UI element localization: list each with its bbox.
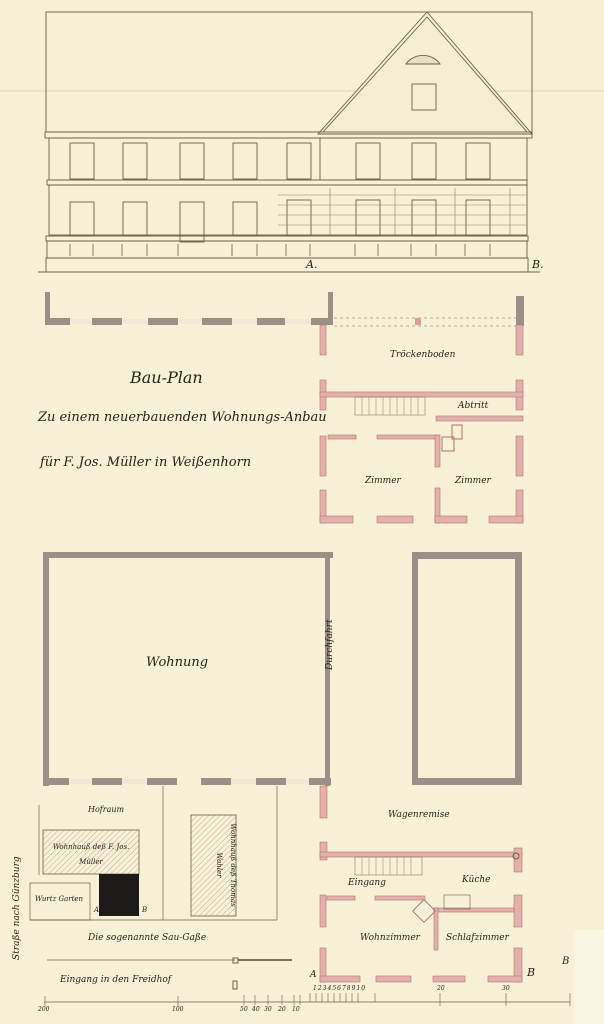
scale-tick-50: 50 (240, 1006, 248, 1013)
courtyard-label: Hofraum (88, 805, 124, 814)
lane-label: Die sogenannte Sau-Gaße (88, 933, 206, 943)
room-label-abtritt: Abtritt (458, 401, 488, 411)
scale-tick-20: 20 (278, 1006, 286, 1013)
room-label-wohnzimmer: Wohnzimmer (360, 933, 420, 943)
site-marker-a: A (94, 906, 99, 914)
room-label-zimmer-right: Zimmer (455, 476, 491, 486)
scale-tick-30: 30 (264, 1006, 272, 1013)
floor-plans (0, 0, 604, 1024)
scale-tick-10: 10 (292, 1006, 300, 1013)
main-building-label: Wohnung (146, 655, 208, 670)
ground-floor-marker-b: B (527, 966, 535, 979)
scale-tick-1-9: 12345678910 (313, 985, 366, 992)
passage-label: Durchfahrt (325, 619, 335, 670)
garden-label: Wurtz Garten (35, 895, 83, 903)
room-label-schlafzimmer: Schlafzimmer (446, 933, 509, 943)
owner-house-label: Wohnhauß deß F. Jos. Müller (46, 840, 136, 870)
room-label-kueche: Küche (462, 875, 491, 885)
ground-floor-marker-a: A (310, 970, 317, 980)
scale-tick-100: 100 (172, 1006, 183, 1013)
edge-marker-b: B (562, 956, 569, 967)
scale-tick-200: 200 (38, 1006, 49, 1013)
cemetery-entrance-label: Eingang in den Freidhof (60, 975, 171, 985)
room-label-eingang: Eingang (348, 878, 386, 888)
scale-tick-r30: 30 (502, 985, 510, 992)
scale-tick-40: 40 (252, 1006, 260, 1013)
scale-tick-r20: 20 (437, 985, 445, 992)
road-label: Straße nach Günzburg (12, 856, 22, 960)
room-label-zimmer-left: Zimmer (365, 476, 401, 486)
site-marker-b: B (142, 906, 147, 914)
neighbor-house-label: Wohnhauß deß Thomas Wahler (212, 820, 240, 910)
coach-house-label: Wagenremise (388, 810, 450, 820)
room-label-troeckenboden: Tröckenboden (390, 350, 455, 360)
